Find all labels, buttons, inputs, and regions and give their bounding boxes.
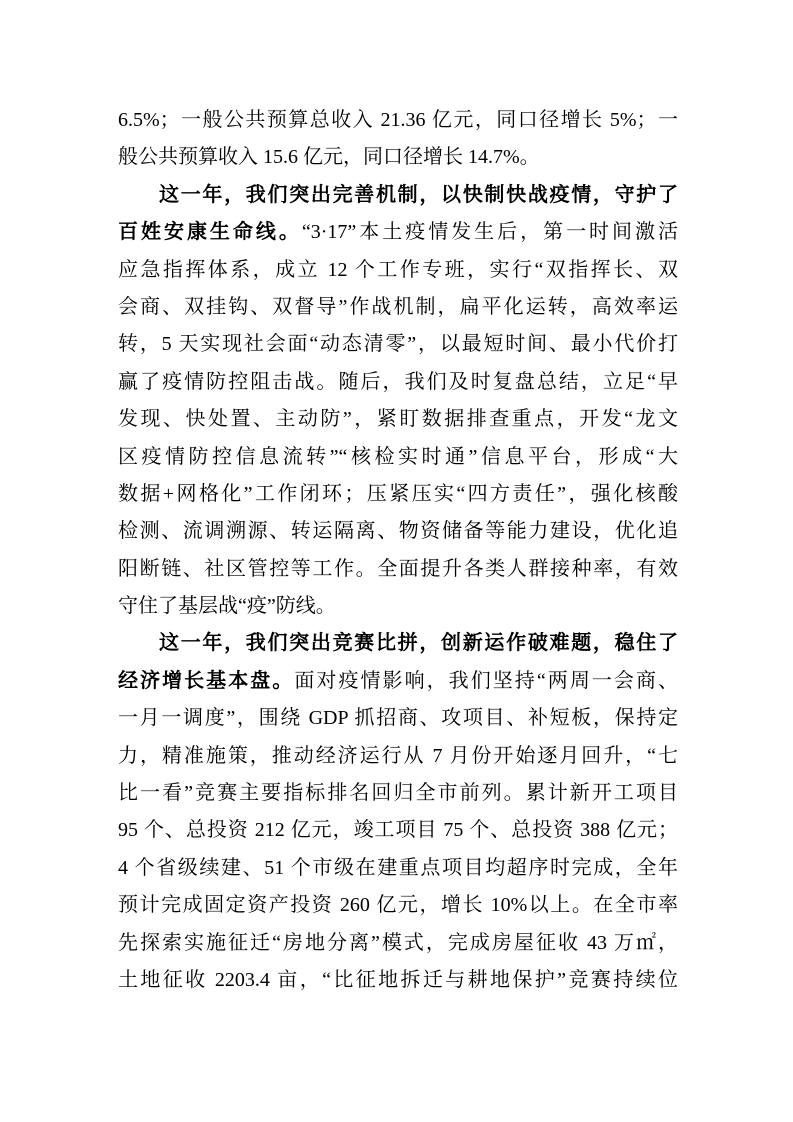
text-run: 先探索实施征迁“房地分离”模式，完成房屋征收 43 万㎡， [118, 932, 678, 954]
text-line: 守住了基层战“疫”防线。 [118, 588, 678, 625]
text-run: 数据+网格化”工作闭环；压紧压实“四方责任”，强化核酸 [118, 483, 678, 505]
text-line: 区疫情防控信息流转”“核检实时通”信息平台，形成“大 [118, 439, 678, 476]
text-run: 力，精准施策，推动经济运行从 7 月份开始逐月回升，“七 [118, 745, 678, 767]
text-line: 百姓安康生命线。“3·17”本土疫情发生后，第一时间激活 [118, 214, 678, 251]
text-run: 预计完成固定资产投资 260 亿元，增长 10%以上。在全市率 [118, 894, 678, 916]
text-line: 数据+网格化”工作闭环；压紧压实“四方责任”，强化核酸 [118, 476, 678, 513]
text-line: 这一年，我们突出完善机制，以快制快战疫情，守护了 [118, 177, 678, 214]
page: 6.5%；一般公共预算总收入 21.36 亿元，同口径增长 5%；一般公共预算收… [0, 0, 793, 1122]
text-line: 经济增长基本盘。面对疫情影响，我们坚持“两周一会商、 [118, 663, 678, 700]
text-run: 6.5%；一般公共预算总收入 21.36 亿元，同口径增长 5%；一 [118, 109, 678, 131]
text-line: 力，精准施策，推动经济运行从 7 月份开始逐月回升，“七 [118, 738, 678, 775]
text-run: 守住了基层战“疫”防线。 [118, 595, 336, 617]
text-line: 般公共预算收入 15.6 亿元，同口径增长 14.7%。 [118, 139, 678, 176]
text-line: 一月一调度”，围绕 GDP 抓招商、攻项目、补短板，保持定 [118, 700, 678, 737]
text-line: 比一看”竞赛主要指标排名回归全市前列。累计新开工项目 [118, 775, 678, 812]
bold-text-run: 百姓安康生命线。 [118, 221, 302, 243]
bold-text-run: 经济增长基本盘。 [118, 670, 294, 692]
text-run: 比一看”竞赛主要指标排名回归全市前列。累计新开工项目 [118, 782, 678, 804]
text-line: 会商、双挂钩、双督导”作战机制，扁平化运转，高效率运 [118, 289, 678, 326]
text-run: 检测、流调溯源、转运隔离、物资储备等能力建设，优化追 [118, 520, 678, 542]
text-line: 检测、流调溯源、转运隔离、物资储备等能力建设，优化追 [118, 513, 678, 550]
text-line: 赢了疫情防控阻击战。随后，我们及时复盘总结，立足“早 [118, 364, 678, 401]
text-run: 转，5 天实现社会面“动态清零”，以最短时间、最小代价打 [118, 333, 678, 355]
text-run: 般公共预算收入 15.6 亿元，同口径增长 14.7%。 [118, 146, 540, 168]
text-run: 区疫情防控信息流转”“核检实时通”信息平台，形成“大 [118, 446, 678, 468]
bold-text-run: 这一年，我们突出完善机制，以快制快战疫情，守护了 [159, 184, 678, 206]
bold-text-run: 这一年，我们突出竞赛比拼，创新运作破难题，稳住了 [159, 632, 678, 654]
text-line: 95 个、总投资 212 亿元，竣工项目 75 个、总投资 388 亿元； [118, 812, 678, 849]
text-run: 4 个省级续建、51 个市级在建重点项目均超序时完成，全年 [118, 857, 678, 879]
text-run: 发现、快处置、主动防”，紧盯数据排查重点，开发“龙文 [118, 408, 678, 430]
text-run: “3·17”本土疫情发生后，第一时间激活 [302, 221, 678, 243]
text-run: 一月一调度”，围绕 GDP 抓招商、攻项目、补短板，保持定 [118, 707, 678, 729]
text-run: 赢了疫情防控阻击战。随后，我们及时复盘总结，立足“早 [118, 371, 678, 393]
text-run: 应急指挥体系，成立 12 个工作专班，实行“双指挥长、双 [118, 259, 678, 281]
text-line: 阳断链、社区管控等工作。全面提升各类人群接种率，有效 [118, 551, 678, 588]
text-line: 4 个省级续建、51 个市级在建重点项目均超序时完成，全年 [118, 850, 678, 887]
text-line: 土地征收 2203.4 亩，“比征地拆迁与耕地保护”竞赛持续位 [118, 962, 678, 999]
text-line: 发现、快处置、主动防”，紧盯数据排查重点，开发“龙文 [118, 401, 678, 438]
text-run: 面对疫情影响，我们坚持“两周一会商、 [294, 670, 678, 692]
text-line: 预计完成固定资产投资 260 亿元，增长 10%以上。在全市率 [118, 887, 678, 924]
text-line: 这一年，我们突出竞赛比拼，创新运作破难题，稳住了 [118, 625, 678, 662]
text-run: 土地征收 2203.4 亩，“比征地拆迁与耕地保护”竞赛持续位 [118, 969, 678, 991]
text-run: 95 个、总投资 212 亿元，竣工项目 75 个、总投资 388 亿元； [118, 819, 678, 841]
text-line: 先探索实施征迁“房地分离”模式，完成房屋征收 43 万㎡， [118, 925, 678, 962]
text-run: 阳断链、社区管控等工作。全面提升各类人群接种率，有效 [118, 558, 678, 580]
document-body: 6.5%；一般公共预算总收入 21.36 亿元，同口径增长 5%；一般公共预算收… [118, 102, 678, 999]
text-line: 应急指挥体系，成立 12 个工作专班，实行“双指挥长、双 [118, 252, 678, 289]
text-line: 转，5 天实现社会面“动态清零”，以最短时间、最小代价打 [118, 326, 678, 363]
text-run: 会商、双挂钩、双督导”作战机制，扁平化运转，高效率运 [118, 296, 678, 318]
text-line: 6.5%；一般公共预算总收入 21.36 亿元，同口径增长 5%；一 [118, 102, 678, 139]
